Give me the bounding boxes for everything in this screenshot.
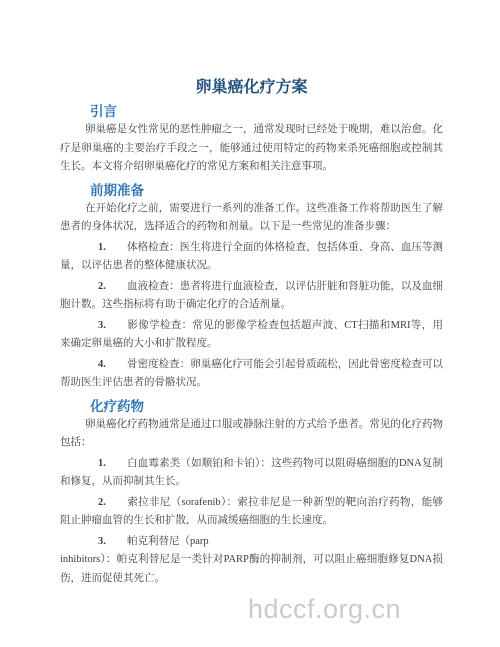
item-number: 2. [98,494,127,513]
section-heading: 前期准备 [90,183,443,198]
item-number: 1. [98,239,127,258]
list-item: 3.帕克利替尼（parp inhibitors）：帕克利替尼是一类针对PARP酶… [60,533,443,589]
document-title: 卵巢癌化疗方案 [60,78,443,98]
list-item: 2.索拉非尼（sorafenib）：索拉非尼是一种新型的靶向治疗药物，能够阻止肿… [60,494,443,531]
list-item: 1.白血霉素类（如顺铂和卡铂）：这些药物可以阻碍癌细胞的DNA复制和修复，从而抑… [60,455,443,492]
section-preparation: 前期准备 在开始化疗之前，需要进行一系列的准备工作。这些准备工作将帮助医生了解患… [60,183,443,393]
document-page: 卵巢癌化疗方案 引言 卵巢癌是女性常见的恶性肿瘤之一，通常发现时已经处于晚期，难… [0,78,500,588]
section-introduction: 引言 卵巢癌是女性常见的恶性肿瘤之一，通常发现时已经处于晚期，难以治愈。化疗是卵… [60,104,443,177]
item-number: 4. [98,356,127,375]
item-number: 3. [98,533,127,552]
watermark: hdccf.org.cn [248,594,401,625]
section-heading: 化疗药物 [90,399,443,414]
section-heading: 引言 [90,104,443,119]
list-item: 2.血液检查：患者将进行血液检查，以评估肝脏和肾脏功能，以及血细胞计数。这些指标… [60,278,443,315]
list-item: 1.体格检查：医生将进行全面的体格检查，包括体重、身高、血压等测量，以评估患者的… [60,239,443,276]
item-number: 3. [98,317,127,336]
section-drugs: 化疗药物 卵巢癌化疗药物通常是通过口服或静脉注射的方式给予患者。常见的化疗药物包… [60,399,443,589]
paragraph: 在开始化疗之前，需要进行一系列的准备工作。这些准备工作将帮助医生了解患者的身体状… [60,200,443,237]
list-item: 3.影像学检查：常见的影像学检查包括超声波、CT扫描和MRI等，用来确定卵巢癌的… [60,317,443,354]
list-item: 4.骨密度检查：卵巢癌化疗可能会引起骨质疏松，因此骨密度检查可以帮助医生评估患者… [60,356,443,393]
item-number: 2. [98,278,127,297]
paragraph: 卵巢癌是女性常见的恶性肿瘤之一，通常发现时已经处于晚期，难以治愈。化疗是卵巢癌的… [60,121,443,177]
item-number: 1. [98,455,127,474]
paragraph: 卵巢癌化疗药物通常是通过口服或静脉注射的方式给予患者。常见的化疗药物包括： [60,416,443,453]
